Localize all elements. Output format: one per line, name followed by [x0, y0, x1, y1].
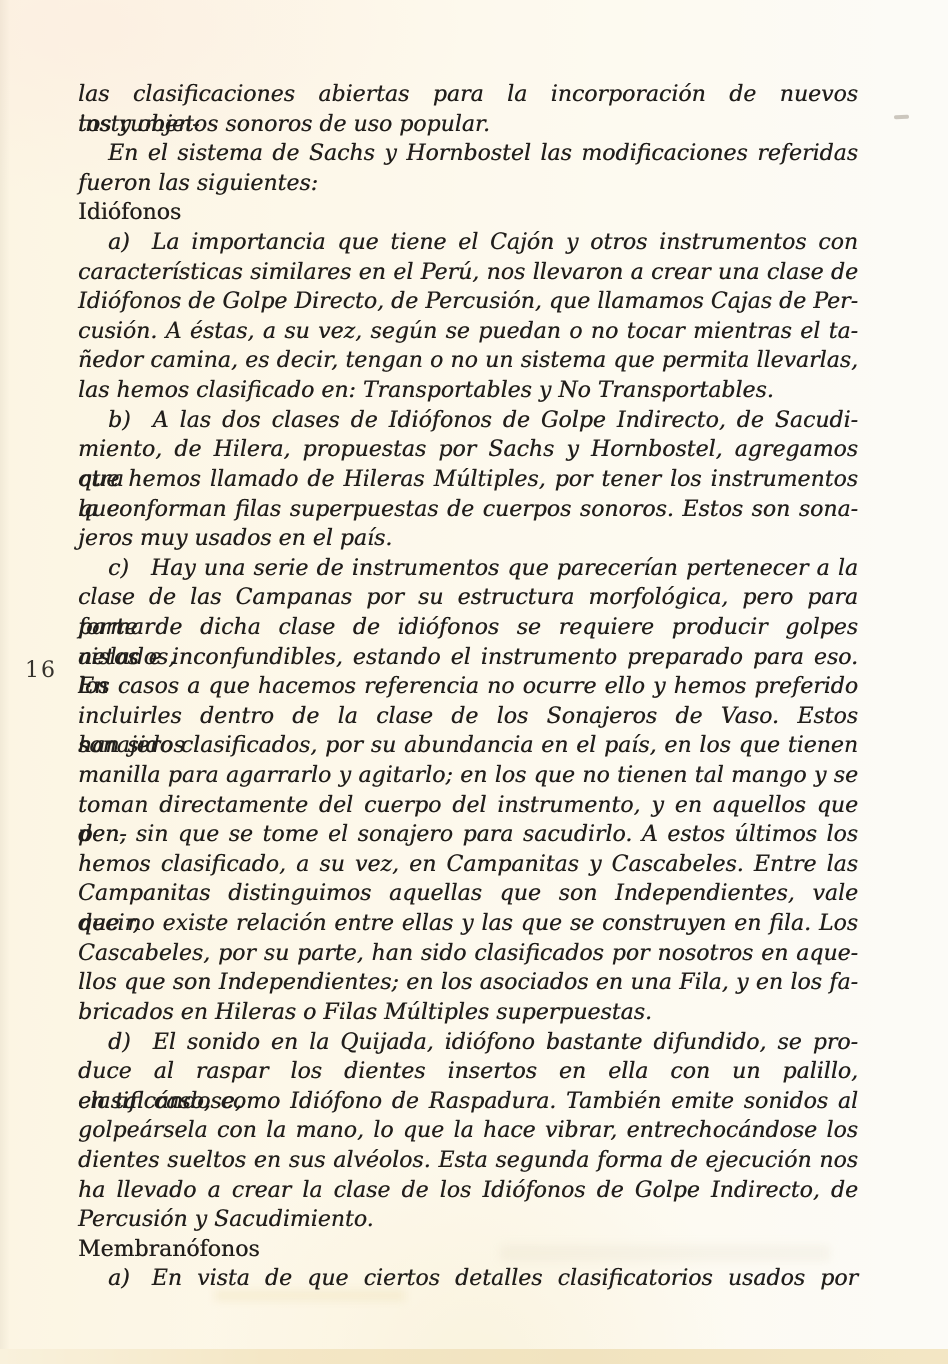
- text-line: los casos a que hacemos referencia no oc…: [78, 672, 858, 702]
- text-line: a) En vista de que ciertos detalles clas…: [78, 1264, 858, 1294]
- text-line: ñedor camina, es decir, tengan o no un s…: [78, 346, 858, 376]
- text-line: b) A las dos clases de Idiófonos de Golp…: [78, 406, 858, 436]
- text-line: ha llevado a crear la clase de los Idióf…: [78, 1176, 858, 1206]
- text-line: que hemos llamado de Hileras Múltiples, …: [78, 465, 858, 495]
- text-line: características similares en el Perú, no…: [78, 258, 858, 288]
- scan-speck: [894, 115, 909, 120]
- text-line: Cascabeles, por su parte, han sido clasi…: [78, 939, 858, 969]
- text-line: den, sin que se tome el sonajero para sa…: [78, 820, 858, 850]
- text-line: Campanitas distinguimos aquellas que son…: [78, 879, 858, 909]
- scan-left-edge: [0, 0, 10, 1364]
- text-line: que no existe relación entre ellas y las…: [78, 909, 858, 939]
- text-line: las clasificaciones abiertas para la inc…: [78, 80, 858, 110]
- text-line: golpeársela con la mano, lo que la hace …: [78, 1116, 858, 1146]
- text-line: jeros muy usados en el país.: [78, 524, 858, 554]
- text-line: la conforman filas superpuestas de cuerp…: [78, 495, 858, 525]
- text-line: bricados en Hileras o Filas Múltiples su…: [78, 998, 858, 1028]
- scan-bottom-edge: [0, 1349, 948, 1364]
- text-line: incluirles dentro de la clase de los Son…: [78, 702, 858, 732]
- text-line: fueron las siguientes:: [78, 169, 858, 199]
- text-line: parte de dicha clase de idiófonos se req…: [78, 613, 858, 643]
- text-line: las hemos clasificado en: Transportables…: [78, 376, 858, 406]
- text-line: manilla para agarrarlo y agitarlo; en lo…: [78, 761, 858, 791]
- text-block: las clasificaciones abiertas para la inc…: [78, 80, 858, 1294]
- text-line: clase de las Campanas por su estructura …: [78, 583, 858, 613]
- text-line: c) Hay una serie de instrumentos que par…: [78, 554, 858, 584]
- page-number: 16: [25, 658, 57, 683]
- text-line: d) El sonido en la Quijada, idiófono bas…: [78, 1028, 858, 1058]
- text-line: tos y objetos sonoros de uso popular.: [78, 110, 858, 140]
- text-line: duce al raspar los dientes insertos en e…: [78, 1057, 858, 1087]
- section-heading: Membranófonos: [78, 1235, 858, 1265]
- text-line: a) La importancia que tiene el Cajón y o…: [78, 228, 858, 258]
- text-line: En el sistema de Sachs y Hornbostel las …: [78, 139, 858, 169]
- text-line: miento, de Hilera, propuestas por Sachs …: [78, 435, 858, 465]
- text-line: hemos clasificado, a su vez, en Campanit…: [78, 850, 858, 880]
- text-line: llos que son Independientes; en los asoc…: [78, 968, 858, 998]
- section-heading: Idiófonos: [78, 198, 858, 228]
- text-line: toman directamente del cuerpo del instru…: [78, 791, 858, 821]
- text-line: han sido clasificados, por su abundancia…: [78, 731, 858, 761]
- text-line: cusión. A éstas, a su vez, según se pued…: [78, 317, 858, 347]
- text-line: dientes sueltos en sus alvéolos. Esta se…: [78, 1146, 858, 1176]
- text-line: netos e inconfundibles, estando el instr…: [78, 643, 858, 673]
- text-line: Percusión y Sacudimiento.: [78, 1205, 858, 1235]
- text-line: Idiófonos de Golpe Directo, de Percusión…: [78, 287, 858, 317]
- text-line: en tal caso, como Idiófono de Raspadura.…: [78, 1087, 858, 1117]
